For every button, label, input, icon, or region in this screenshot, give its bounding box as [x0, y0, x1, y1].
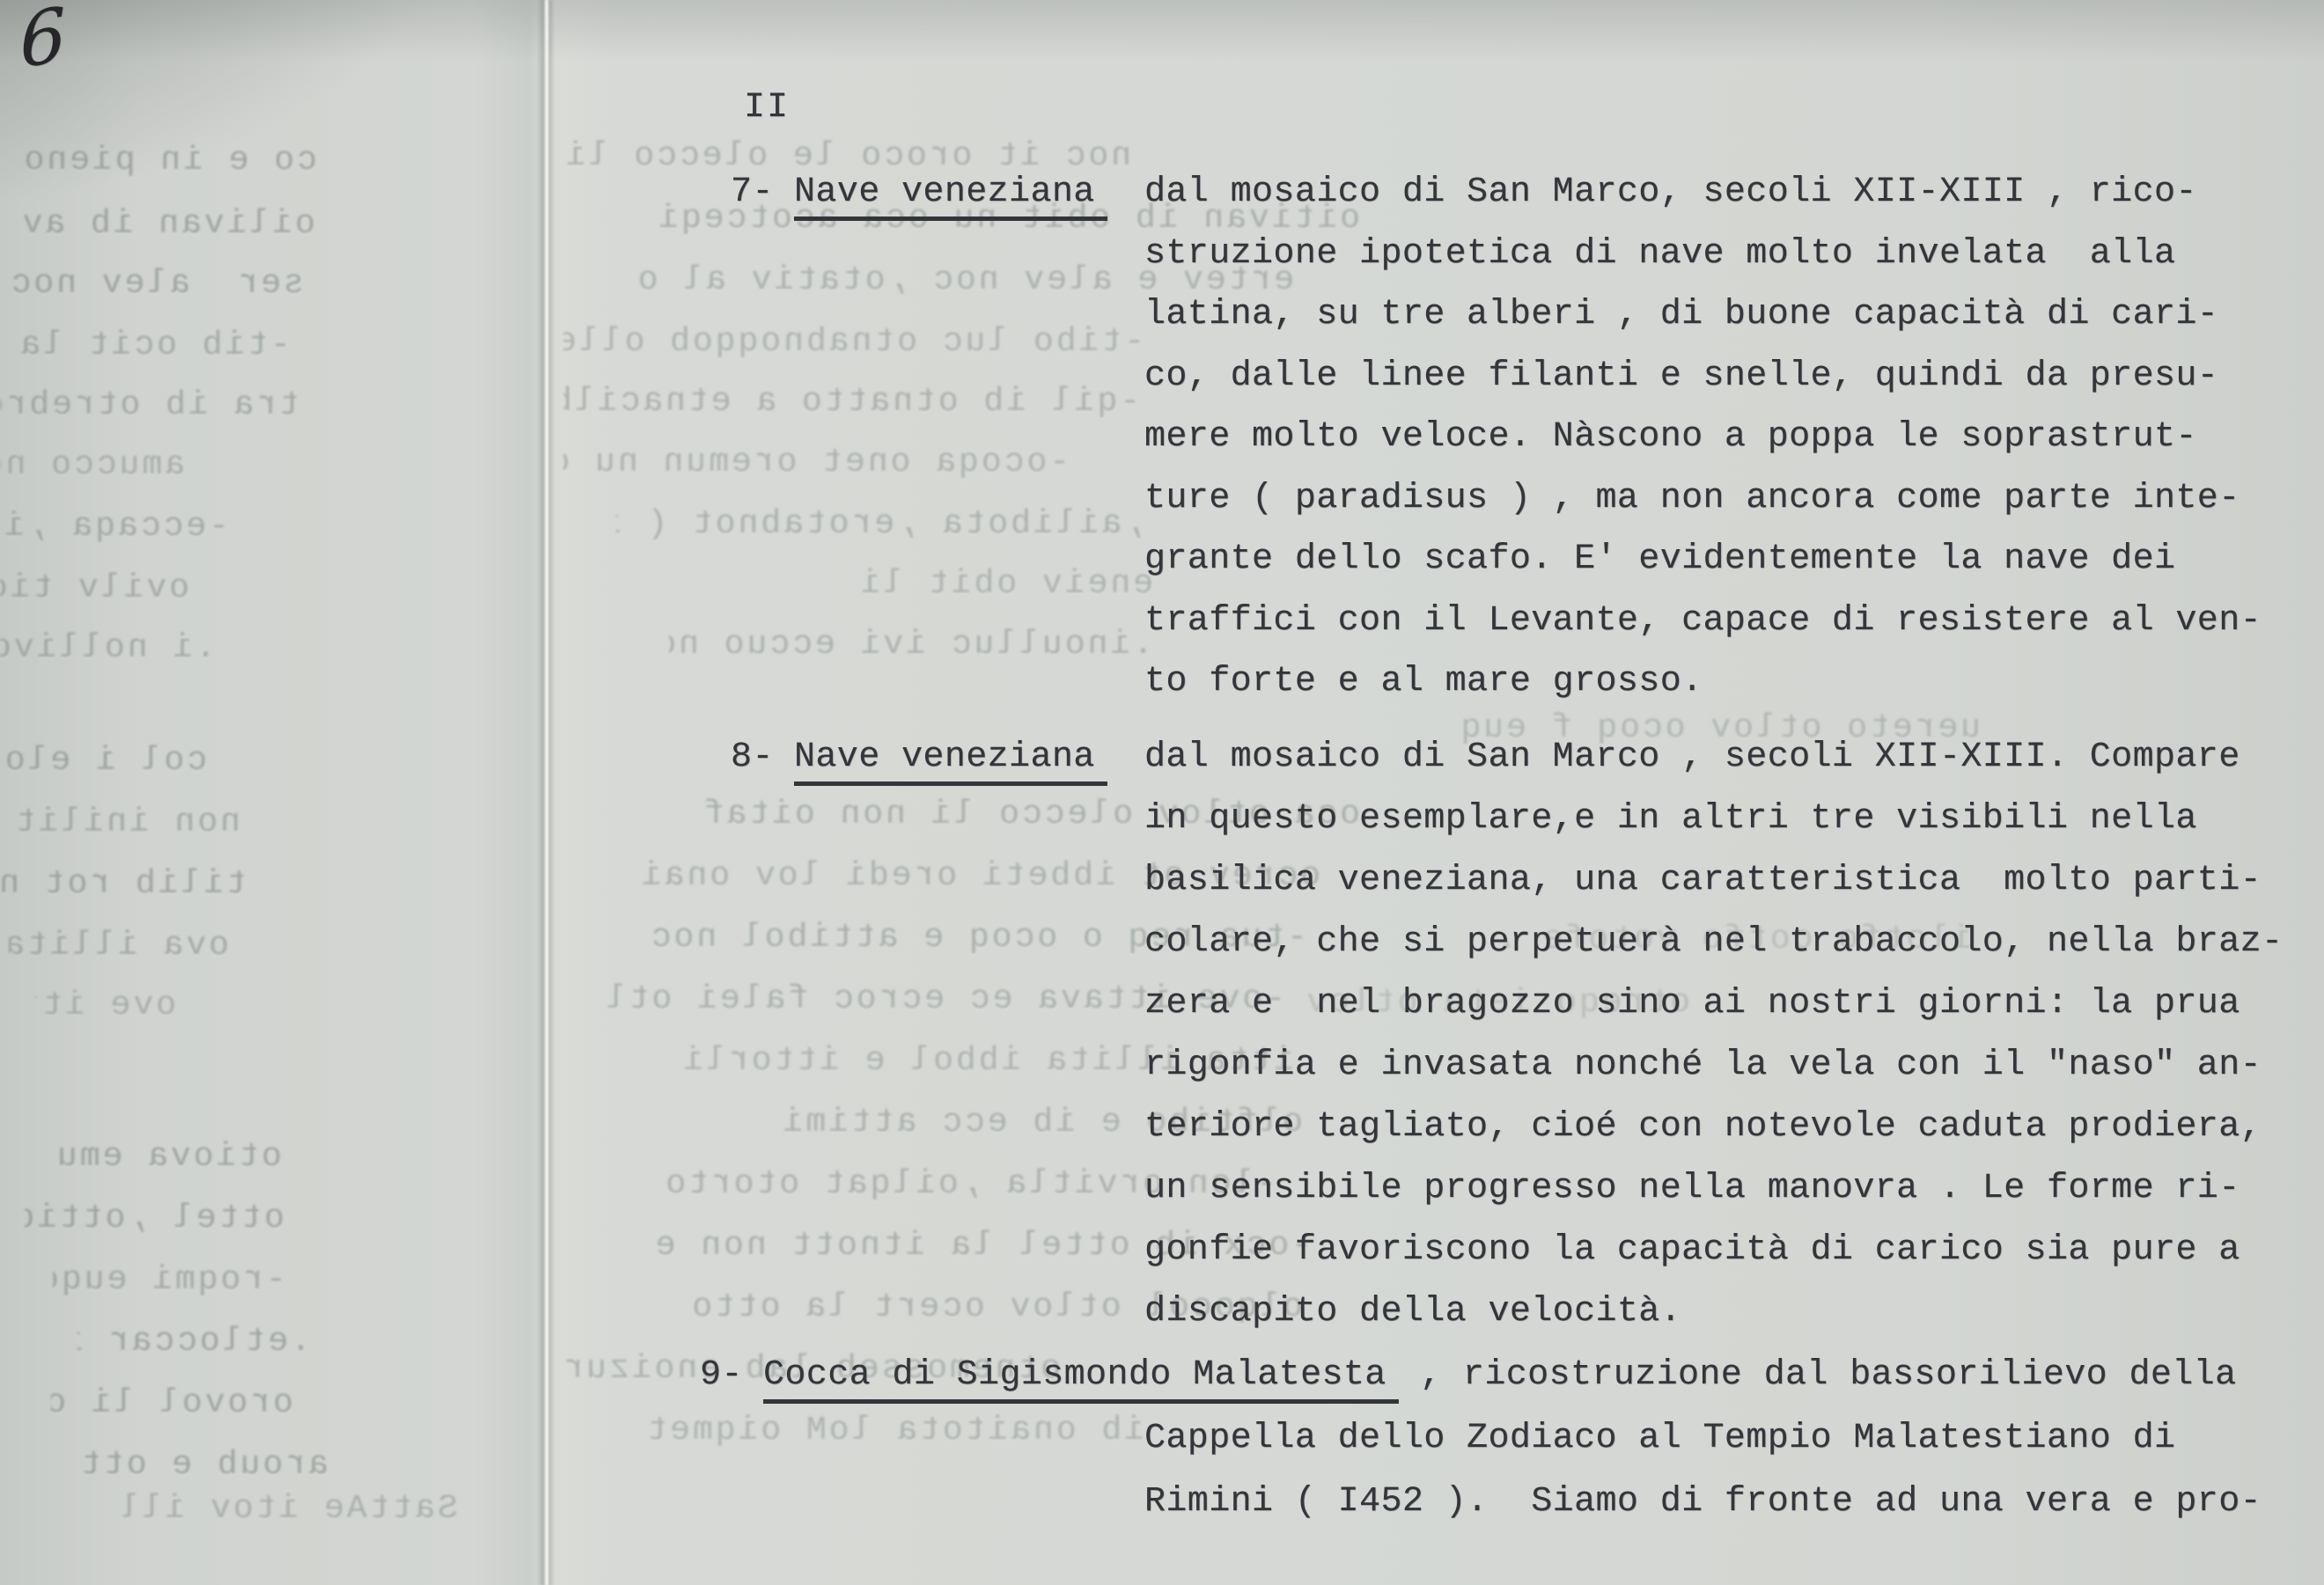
catalog-item-title-row: Cocca di Sigismondo Malatesta , ricostru…: [763, 1355, 2236, 1396]
bleedthrough-text-line: .etloccar itta: [77, 1322, 311, 1366]
bleedthrough-text-line: otiova emuccol: [53, 1137, 282, 1181]
catalog-item-text-line: dal mosaico di San Marco, secoli XII-XII…: [1144, 172, 2197, 213]
bleedthrough-text-line: -tibo luc otnabnoqqob olleco: [563, 322, 1144, 366]
catalog-item-title: Cocca di Sigismondo Malatesta: [763, 1355, 1399, 1404]
catalog-item-text-line: to forte e al mare grosso.: [1144, 662, 1703, 702]
catalog-item-text-line: gonfie favoriscono la capacità di carico…: [1144, 1230, 2240, 1271]
catalog-item-title: Nave veneziana: [794, 737, 1107, 786]
catalog-item-title-suffix: , ricostruzione dal bassorilievo della: [1399, 1355, 2237, 1395]
catalog-item-text-line: teriore tagliato, cioé con notevole cadu…: [1144, 1107, 2261, 1148]
bleedthrough-text-line: ser alev noc ,ot: [0, 264, 304, 308]
bleedthrough-text-line: -qil ib otnatto a etnacilbo: [563, 382, 1140, 426]
catalog-item-text-line: grante dello scafo. E' evidentemente la …: [1144, 539, 2175, 580]
bleedthrough-text-line: -roqmi euqel al: [53, 1260, 286, 1304]
catalog-item-text-line: co, dalle linee filanti e snelle, quindi…: [1144, 356, 2218, 397]
catalog-item-text-line: in questo esemplare,e in altri tre visib…: [1144, 799, 2197, 840]
bleedthrough-text-line: ib onaitota loM oiqmet: [616, 1411, 1144, 1455]
catalog-item-text-line: colare, che si perpetuerà nel trabaccolo…: [1144, 922, 2283, 963]
catalog-item-title: Nave veneziana: [794, 172, 1107, 221]
bleedthrough-text-line: ova illita eb: [9, 926, 229, 970]
catalog-item-number: 9-: [700, 1355, 743, 1396]
bleedthrough-text-line: co e in pieno li: [0, 141, 317, 185]
catalog-item-text-line: Cappella dello Zodiaco al Tempio Malates…: [1144, 1419, 2175, 1459]
catalog-item-text-line: basilica veneziana, una caratteristica m…: [1144, 861, 2261, 901]
bleedthrough-text-line: ottel ,ottiqa lo: [25, 1199, 284, 1243]
catalog-item-text-line: un sensibile progresso nella manovra . L…: [1144, 1169, 2240, 1209]
bleedthrough-text-line: SattAe itov illat: [123, 1489, 458, 1533]
handwritten-page-number: 6: [18, 0, 68, 85]
catalog-item-text-line: mere molto veloce. Nàscono a poppa le so…: [1144, 417, 2197, 458]
bleedthrough-text-line: ,ailibota ,erotabnot ( ilta: [616, 504, 1144, 548]
catalog-item-text-line: discapito della velocità.: [1144, 1292, 1681, 1332]
bleedthrough-text-line: ovilv tico ileq: [0, 569, 189, 613]
catalog-item-text-line: struzione ipotetica di nave molto invela…: [1144, 234, 2175, 275]
bleedthrough-text-line: amucco non eno: [0, 445, 185, 489]
catalog-item-text-line: dal mosaico di San Marco , secoli XII-XI…: [1144, 737, 2240, 778]
bleedthrough-text-line: aroub e ottal non: [77, 1445, 328, 1489]
section-heading: II: [744, 88, 790, 128]
bleedthrough-text-line: tilib rot noc avec: [0, 864, 246, 908]
bleedthrough-text-line: ove itta: [35, 986, 176, 1030]
bleedthrough-text-line: -ocoqa onet oremun nu obi: [563, 443, 1070, 487]
bleedthrough-text-line: col i eloq :: [0, 741, 207, 785]
catalog-item-title-row: Nave veneziana: [794, 737, 1107, 778]
catalog-item-number: 7-: [731, 172, 774, 213]
catalog-item-text-line: traffici con il Levante, capace di resis…: [1144, 601, 2261, 642]
bleedthrough-text-line: oilivan ib avirilo: [25, 204, 315, 248]
bleedthrough-text-line: -tib ocit la eulf cel: [0, 326, 290, 370]
document-page: co e in pieno lioilivan ib aviriloser al…: [0, 0, 2324, 1585]
bleedthrough-text-line: eneiv obit li .: [863, 564, 1153, 608]
bleedthrough-text-line: -eccaqa ,iroccei: [0, 507, 229, 551]
bleedthrough-text-line: tra ib otrebro bot: [0, 385, 299, 429]
bleedthrough-text-line: orovol li otserq ot: [51, 1383, 293, 1427]
catalog-item-text-line: Rimini ( I452 ). Siamo di fronte ad una …: [1144, 1482, 2261, 1523]
bleedthrough-text-line: non inilitaco rev: [16, 803, 240, 847]
catalog-item-title-row: Nave veneziana: [794, 172, 1107, 213]
catalog-item-text-line: ture ( paradisus ) , ma non ancora come …: [1144, 479, 2240, 519]
fold-crease: [537, 0, 555, 1585]
catalog-item-text-line: rigonfia e invasata nonché la vela con i…: [1144, 1046, 2261, 1086]
bleedthrough-text-line: .inoulluc ivi eccuo noc ibo: [669, 625, 1153, 669]
catalog-item-number: 8-: [731, 737, 774, 778]
bleedthrough-text-line: .i nollivo ivtlucci: [0, 628, 216, 672]
catalog-item-text-line: zera e nel bragozzo sino ai nostri giorn…: [1144, 984, 2240, 1024]
catalog-item-text-line: latina, su tre alberi , di buone capacit…: [1144, 295, 2218, 335]
